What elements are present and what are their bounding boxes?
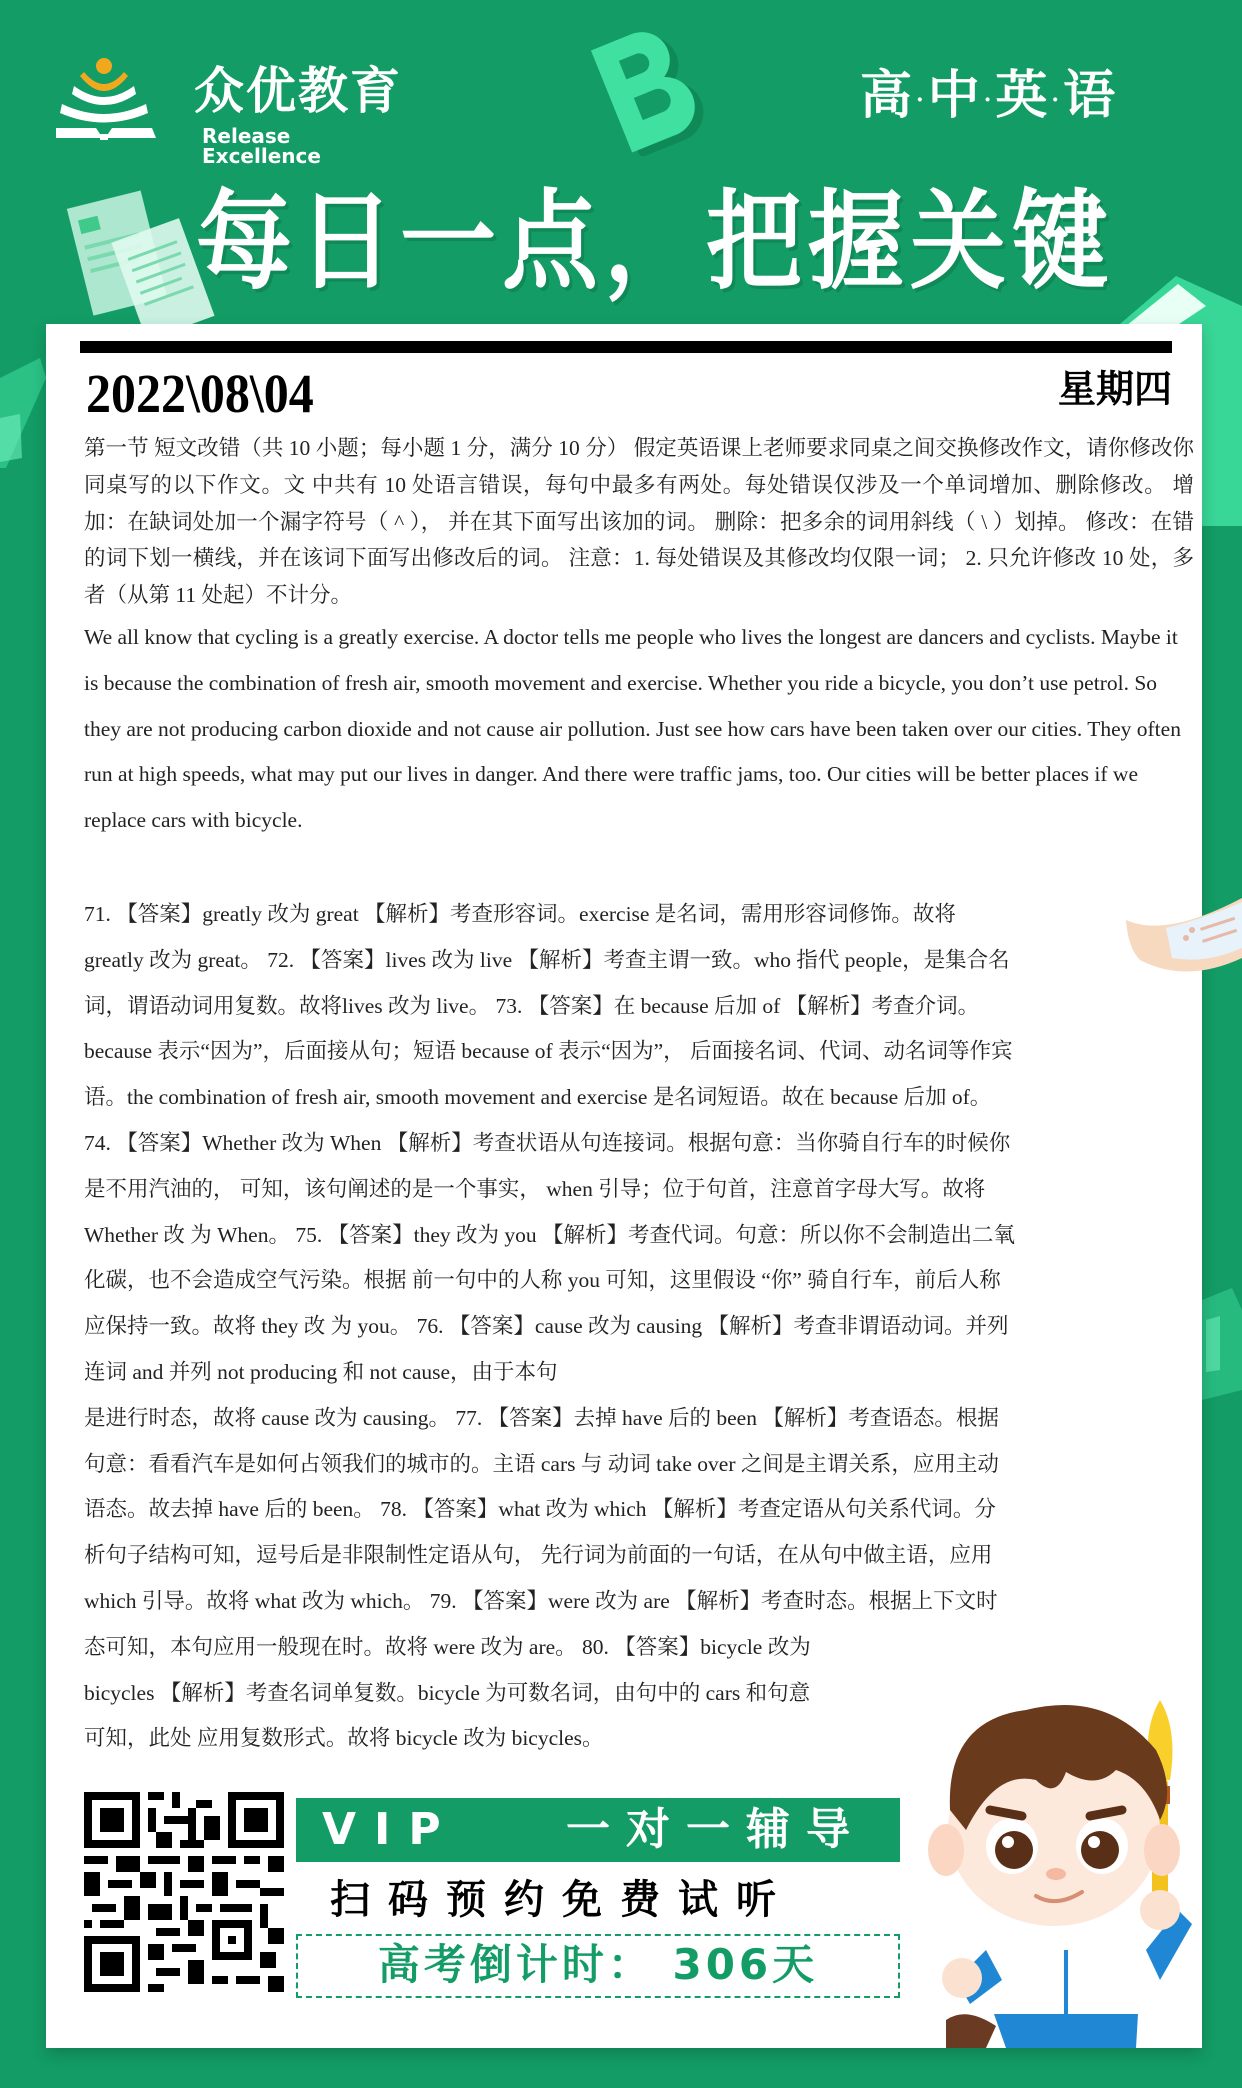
top-divider [80,341,1172,353]
answer-line: greatly 改为 great。 72. 【答案】lives 改为 live … [84,938,1194,984]
answer-explanations: 71. 【答案】greatly 改为 great 【解析】考查形容词。exerc… [84,892,1194,1762]
paper-sheets-icon [66,186,216,336]
vip-banner: VIP 一对一辅导 [296,1798,900,1862]
answer-line: 71. 【答案】greatly 改为 great 【解析】考查形容词。exerc… [84,892,1194,938]
logo-mark-icon [56,50,156,150]
answer-line: 化碳，也不会造成空气污染。根据 前一句中的人称 you 可知，这里假设 “你” … [84,1258,1194,1304]
weekday-label: 星期四 [1058,370,1172,408]
separator-dot: · [916,87,926,113]
passage-text: We all know that cycling is a greatly ex… [84,615,1194,844]
paper-curl-icon [1126,888,1242,988]
answer-line: 连词 and 并列 not producing 和 not cause，由于本句 [84,1350,1194,1396]
exam-countdown: 高考倒计时： 306天 [296,1934,900,1998]
separator-dot: · [1051,87,1061,113]
passage-paragraph: We all know that cycling is a greatly ex… [84,615,1194,844]
separator-dot: · [984,87,994,113]
subject-char: 中 [928,65,982,126]
vip-service-label: 一对一辅导 [566,1798,866,1862]
answer-line: Whether 改 为 When。 75. 【答案】they 改为 you 【解… [84,1213,1194,1259]
subject-char: 英 [995,65,1049,126]
answer-line: 74. 【答案】Whether 改为 When 【解析】考查状语从句连接词。根据… [84,1121,1194,1167]
countdown-value: 306天 [672,1940,818,1989]
brand-name-cn: 众优教育 [194,66,402,116]
answer-line: 语。the combination of fresh air, smooth m… [84,1075,1194,1121]
subject-char: 语 [1063,65,1117,126]
answer-line: 应保持一致。故将 they 改 为 you。 76. 【答案】cause 改为 … [84,1304,1194,1350]
decorative-letter-a-icon [0,338,46,538]
answer-line: because 表示“因为”，后面接从句；短语 because of 表示“因为… [84,1029,1194,1075]
answer-line: 析句子结构可知，逗号后是非限制性定语从句， 先行词为前面的一句话，在从句中做主语… [84,1533,1194,1579]
scan-cta: 扫码预约免费试听 [330,1872,910,1928]
answer-line: which 引导。故将 what 改为 which。 79. 【答案】were … [84,1579,1194,1625]
answer-line: 是进行时态，故将 cause 改为 causing。 77. 【答案】去掉 ha… [84,1396,1194,1442]
brand-logo: 众优教育 Release Excellence [56,50,416,150]
subject-char: 高 [860,65,914,126]
answer-line: 是不用汽油的， 可知，该句阐述的是一个事实， when 引导；位于句首，注意首字… [84,1167,1194,1213]
vip-label: VIP [322,1798,459,1862]
answer-line: 句意：看看汽车是如何占领我们的城市的。主语 cars 与 动词 take ove… [84,1442,1194,1488]
instructions-text: 第一节 短文改错（共 10 小题；每小题 1 分，满分 10 分） 假定英语课上… [84,430,1194,614]
date-label: 2022\08\04 [86,366,314,421]
countdown-label: 高考倒计时： [378,1940,654,1989]
mascot-boy-illustration [916,1660,1206,2048]
qr-code[interactable] [84,1792,284,1992]
slogan-headline: 每日一点，把握关键 [196,188,1114,296]
brand-tagline: Release Excellence [202,126,416,166]
answer-line: 语态。故去掉 have 后的 been。 78. 【答案】what 改为 whi… [84,1487,1194,1533]
answer-line: 词，谓语动词用复数。故将lives 改为 live。 73. 【答案】在 bec… [84,984,1194,1030]
decorative-letter-b-icon [566,6,716,156]
subject-title: 高·中·英·语 [860,70,1117,122]
decorative-letter-a-icon [1202,1280,1242,1440]
